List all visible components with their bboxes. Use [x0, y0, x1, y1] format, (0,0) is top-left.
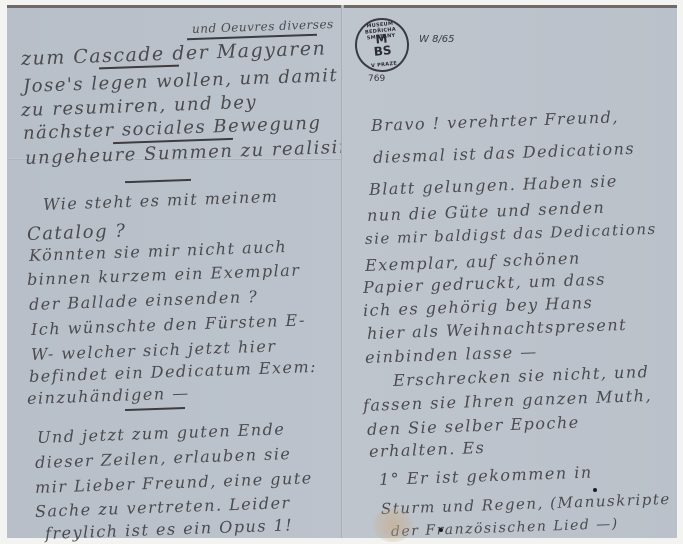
- right-page: MUSEUM BEDŘICHA SMETANY M BS V PRAZE 769…: [343, 8, 677, 538]
- section-divider-1: [125, 179, 191, 183]
- right-line-12: fassen sie Ihren ganzen Muth,: [363, 386, 653, 415]
- ink-blot: [593, 488, 597, 492]
- right-line-1: Bravo ! verehrter Freund,: [371, 107, 620, 135]
- left-p2-line-2: Catalog ?: [27, 221, 127, 245]
- left-p2-line-4: binnen kurzem ein Exemplar: [27, 260, 301, 289]
- left-line-2: Jose's legen wollen, um damit: [23, 65, 339, 97]
- stamp-monogram-bs: BS: [373, 44, 392, 58]
- left-page: und Oeuvres diverses zum Cascade der Mag…: [7, 8, 342, 538]
- inventory-number: 769: [368, 74, 385, 84]
- left-p3-line-1: Und jetzt zum guten Ende: [37, 419, 286, 447]
- stamp-ring-text-top: MUSEUM BEDŘICHA SMETANY: [355, 20, 407, 43]
- right-line-3: Blatt gelungen. Haben sie: [369, 171, 618, 199]
- right-line-16: Sturm und Regen, (Manuskripte: [381, 490, 671, 518]
- section-divider-2: [125, 407, 185, 411]
- right-line-13: den Sie selber Epoche: [367, 413, 580, 439]
- right-line-17: der Französischen Lied —): [391, 516, 619, 540]
- left-p2-line-1: Wie steht es mit meinem: [43, 187, 279, 214]
- left-p3-line-5: freylich ist es ein Opus 1!: [45, 515, 294, 543]
- paper-stain: [373, 508, 413, 542]
- right-line-15: 1° Er ist gekommen in: [379, 463, 593, 489]
- right-line-2: diesmal ist das Dedications: [373, 139, 636, 167]
- stamp-ring-text-bottom: V PRAZE: [359, 59, 409, 70]
- left-p3-line-2: dieser Zeilen, erlauben sie: [35, 444, 292, 472]
- shelf-mark: W 8/65: [419, 34, 455, 45]
- left-p2-line-9: einzuhändigen —: [27, 383, 190, 408]
- letter-sheet: und Oeuvres diverses zum Cascade der Mag…: [7, 5, 677, 538]
- right-line-10: einbinden lasse —: [365, 342, 538, 367]
- left-p2-line-5: der Ballade einsenden ?: [29, 287, 259, 314]
- right-line-4: nun die Güte und senden: [367, 198, 606, 225]
- right-line-8: ich es gehörig bey Hans: [363, 293, 594, 320]
- museum-stamp: MUSEUM BEDŘICHA SMETANY M BS V PRAZE: [352, 15, 411, 74]
- right-line-5: sie mir baldigst das Dedications: [365, 220, 657, 248]
- left-p3-line-3: mir Lieber Freund, eine gute: [35, 468, 313, 497]
- right-line-11: Erschrecken sie nicht, und: [393, 362, 650, 390]
- right-line-9: hier als Weihnachtspresent: [367, 315, 628, 343]
- left-p2-line-6: Ich wünschte den Fürsten E-: [31, 310, 306, 339]
- ink-blot: [439, 528, 443, 532]
- right-line-14: erhalten. Es: [369, 438, 486, 461]
